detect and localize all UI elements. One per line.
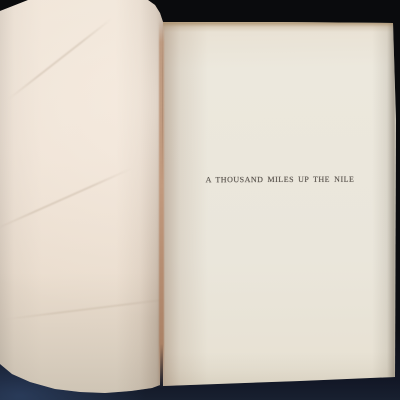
- half-title-text: A THOUSAND MILES UP THE NILE: [168, 174, 392, 186]
- page-crease: [0, 168, 132, 231]
- page-crease: [7, 18, 112, 101]
- book-gutter: [159, 20, 164, 388]
- book-photo: A THOUSAND MILES UP THE NILE: [0, 0, 400, 400]
- page-crease: [5, 298, 174, 321]
